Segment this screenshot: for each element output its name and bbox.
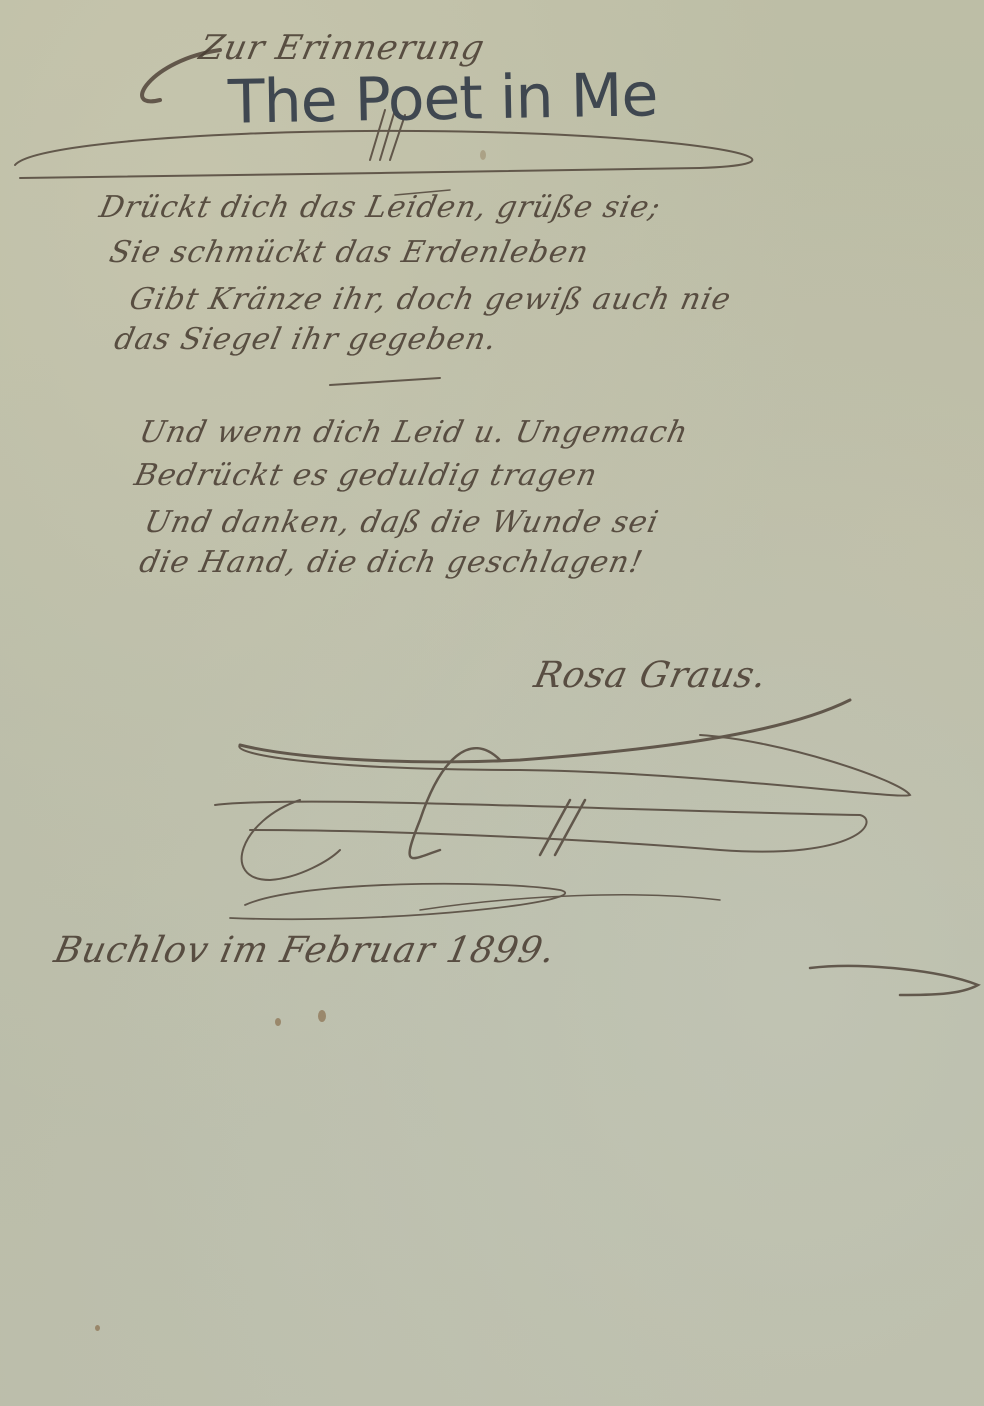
manuscript-heading: Zur Erinnerung: [196, 28, 489, 68]
manuscript-page: Zur Erinnerung The Poet in Me Drückt dic…: [0, 0, 984, 1406]
paper-stain: [318, 1010, 326, 1022]
dateline: Buchlov im Februar 1899.: [51, 930, 560, 971]
paper-stain: [480, 150, 486, 160]
verse-line: Drückt dich das Leiden, grüße sie;: [96, 190, 664, 225]
paper-stain: [95, 1325, 100, 1331]
cover-title: The Poet in Me: [227, 60, 658, 137]
verse-line: Bedrückt es geduldig tragen: [131, 458, 601, 493]
paper-stain: [275, 1018, 281, 1026]
verse-line: Gibt Kränze ihr, doch gewiß auch nie: [126, 282, 734, 317]
signature: Rosa Graus.: [531, 655, 771, 696]
verse-line: Und danken, daß die Wunde sei: [141, 505, 662, 540]
verse-line: Sie schmückt das Erdenleben: [106, 235, 592, 270]
verse-line: die Hand, die dich geschlagen!: [136, 545, 646, 580]
verse-line: das Siegel ihr gegeben.: [111, 322, 500, 357]
verse-line: Und wenn dich Leid u. Ungemach: [136, 415, 691, 450]
